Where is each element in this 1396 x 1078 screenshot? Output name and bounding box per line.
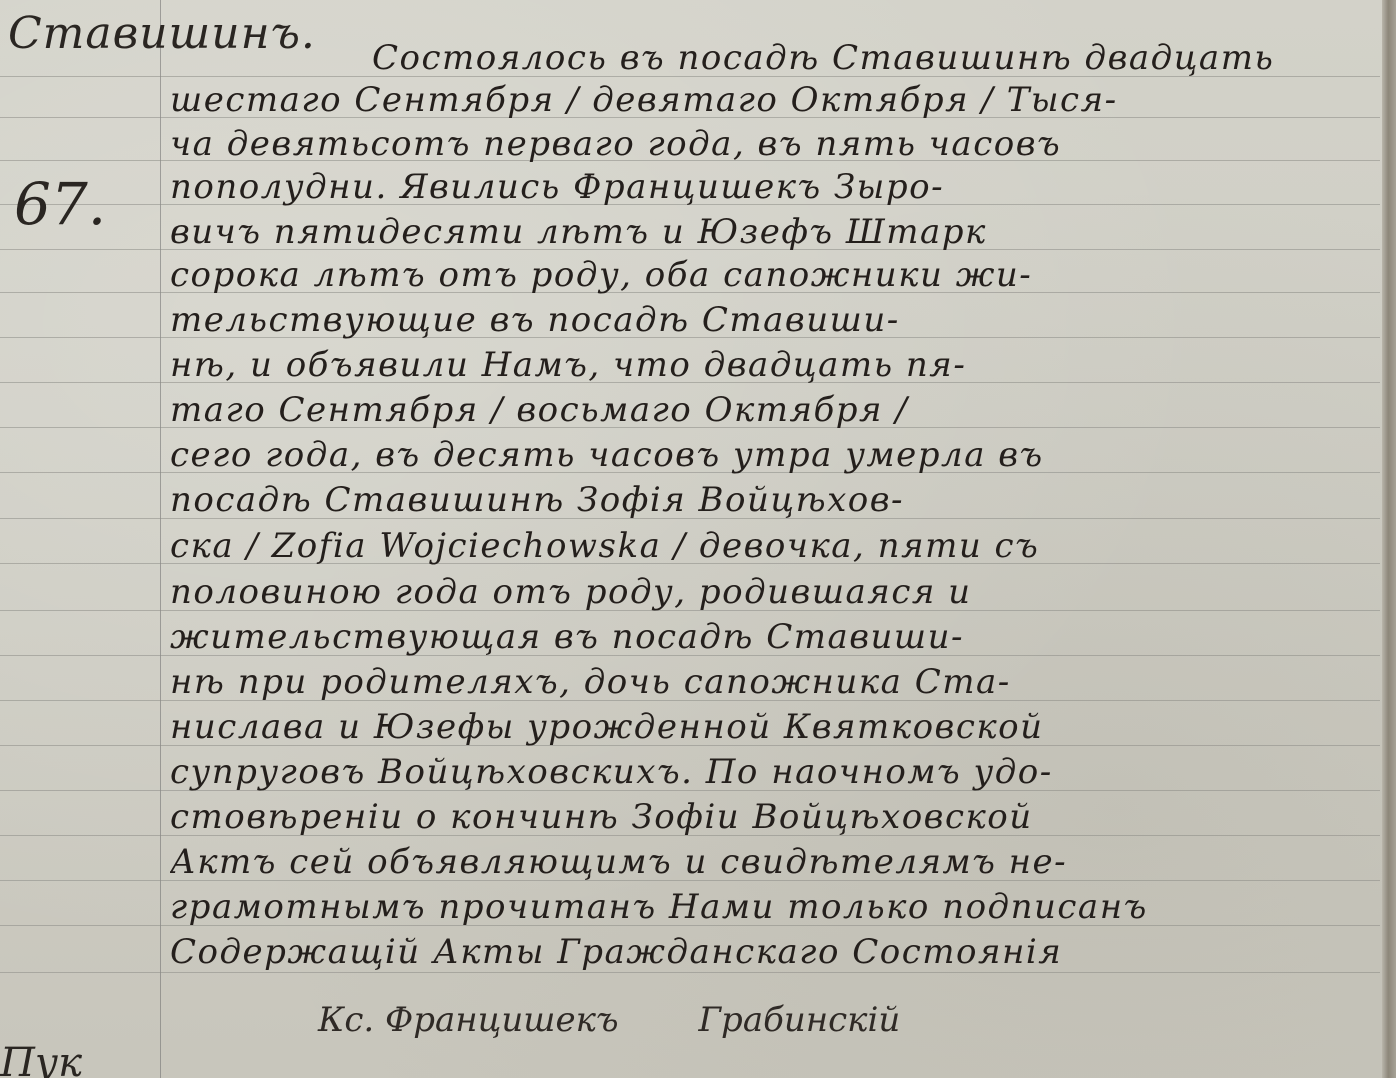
record-line: грамотнымъ прочитанъ Нами только подписа… xyxy=(170,887,1350,927)
record-line: пополудни. Явились Францишекъ Зыро- xyxy=(170,167,1350,207)
document-page: Ставишинъ. 67. Пук Состоялось въ посадѣ … xyxy=(0,0,1396,1078)
record-line: стовѣреніи о кончинѣ Зофіи Войцѣховской xyxy=(170,797,1350,837)
record-line: нѣ при родителяхъ, дочь сапожника Ста- xyxy=(170,662,1350,702)
record-line: Состоялось въ посадѣ Ставишинѣ двадцать xyxy=(372,38,1352,78)
record-line: Содержащій Акты Гражданскаго Состоянія xyxy=(170,932,1350,972)
record-line: ча девятьсотъ первагo года, въ пять часо… xyxy=(170,124,1350,164)
signature-title: Кс. Францишекъ xyxy=(318,1000,619,1040)
page-edge xyxy=(1382,0,1396,1078)
record-line: нѣ, и объявили Намъ, что двадцать пя- xyxy=(170,345,1350,385)
record-line: ска / Zofia Wojciechowska / девочка, пят… xyxy=(170,526,1350,566)
record-line: половиною года отъ роду, родившаяся и xyxy=(170,572,1350,612)
record-line: таго Сентября / восьмаго Октября / xyxy=(170,390,1350,430)
ruled-line xyxy=(0,972,1380,973)
margin-bottom-fragment: Пук xyxy=(0,1040,82,1078)
record-line: сорока лѣтъ отъ роду, оба сапожники жи- xyxy=(170,255,1350,295)
record-line: Актъ сей объявляющимъ и свидѣтелямъ не- xyxy=(170,842,1350,882)
record-line: нислава и Юзефы урожденной Квятковской xyxy=(170,707,1350,747)
record-line: вичъ пятидесяти лѣтъ и Юзефъ Штарк xyxy=(170,212,1350,252)
signatures: Кс. Францишекъ Грабинскій xyxy=(318,1000,1218,1040)
record-line: жительствующая въ посадѣ Ставиши- xyxy=(170,617,1350,657)
record-line: тельствующие въ посадѣ Ставиши- xyxy=(170,300,1350,340)
margin-place-name: Ставишинъ. xyxy=(8,8,316,59)
record-line: сего года, въ десять часовъ утра умерла … xyxy=(170,435,1350,475)
record-line: посадѣ Ставишинѣ Зофія Войцѣхов- xyxy=(170,480,1350,520)
signature-name: Грабинскій xyxy=(699,1000,901,1040)
record-line: шестаго Сентября / девятаго Октября / Ты… xyxy=(170,80,1350,120)
record-number: 67. xyxy=(14,170,106,238)
margin-rule xyxy=(160,0,161,1078)
record-line: супруговъ Войцѣховскихъ. По наочномъ удо… xyxy=(170,752,1350,792)
